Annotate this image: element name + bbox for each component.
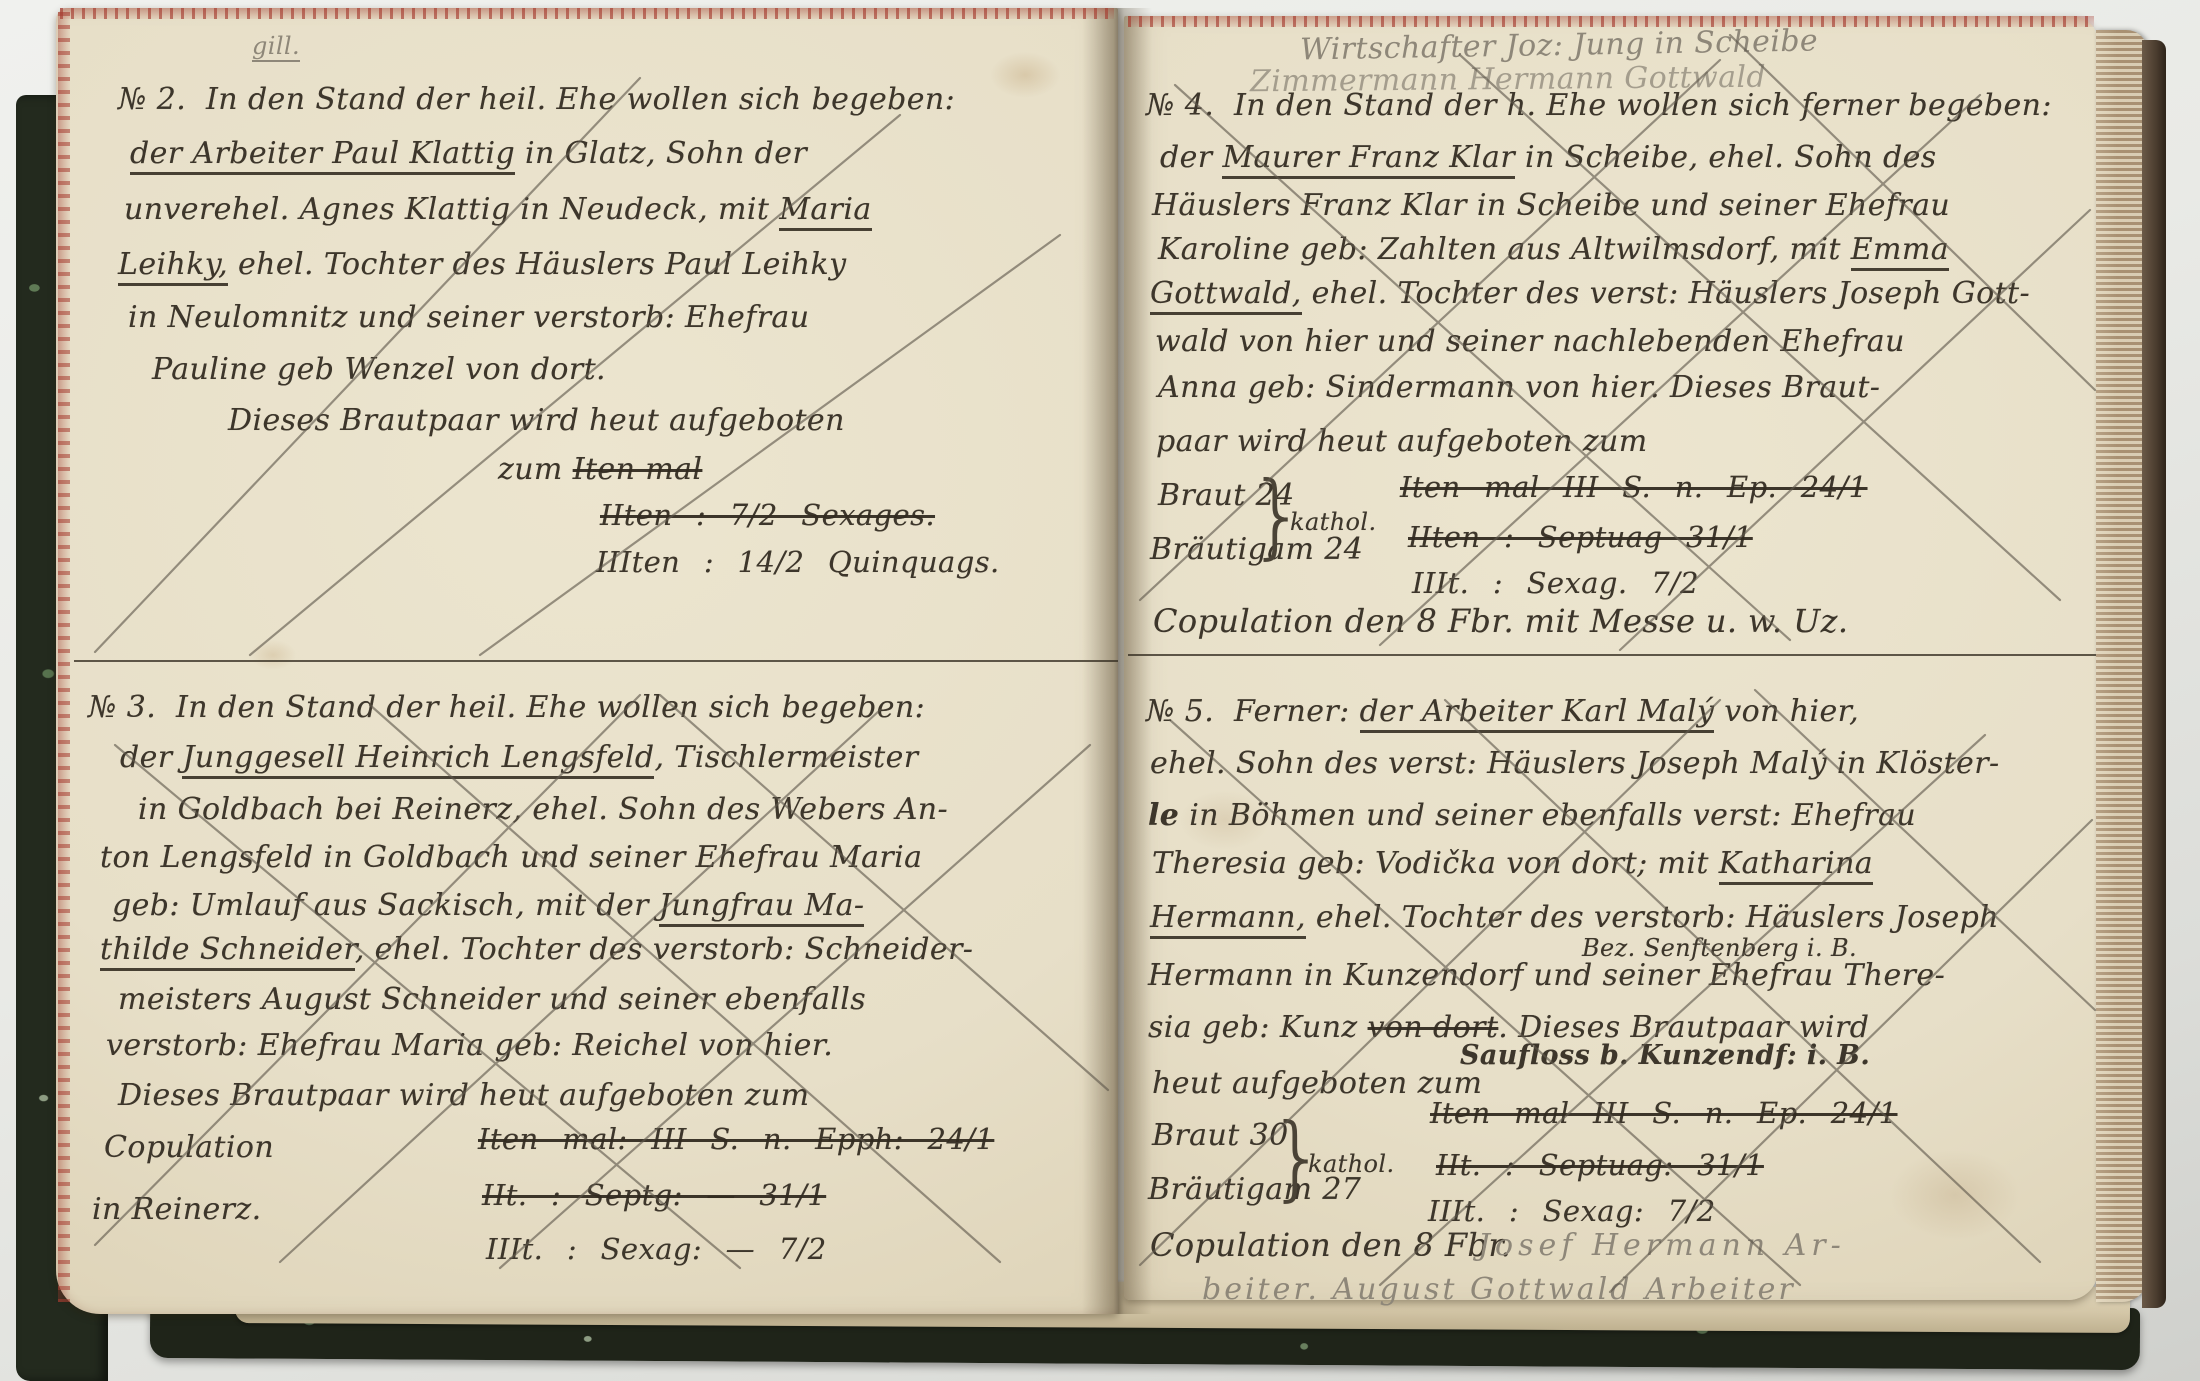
entry3-line4: ton Lengsfeld in Goldbach und seiner Ehe… [100,840,922,875]
entry4-line4: Karoline geb: Zahlten aus Altwilmsdorf, … [1158,232,1949,267]
cover-edge-right [2142,40,2166,1308]
entry5-insert-correction: Saufloss b. Kunzendf: i. B. [1460,1040,1870,1071]
entry5-line6: Hermann in Kunzendorf und seiner Ehefrau… [1148,958,1945,993]
entry2-line5: in Neulomnitz und seiner verstorb: Ehefr… [128,300,809,335]
pencil-witness-1: Josef Hermann Ar- [1478,1228,1846,1263]
entry4-line1-text: In den Stand der h. Ehe wollen sich fern… [1234,88,2052,123]
bride-name-underlined: Maria [779,192,871,231]
bride-name-underlined: Katharina [1719,846,1873,885]
entry4-line7: Anna geb: Sindermann von hier. Dieses Br… [1158,370,1880,405]
entry-divider-rule-left [74,660,1118,662]
entry4-number: № 4. [1146,88,1214,123]
entry3-line2-rest: , Tischlermeister [654,740,918,775]
entry4-line6: wald von hier und seiner nachlebenden Eh… [1155,324,1905,359]
entry5-religion: kathol. [1308,1150,1395,1178]
entry4-line5: Gottwald, ehel. Tochter des verst: Häusl… [1150,276,2030,311]
entry5-banns-row3: IIIt. : Sexag: 7/2 [1428,1194,1716,1228]
red-speckled-edge-left [58,12,70,1302]
entry4-line4-text: Karoline geb: Zahlten aus Altwilmsdorf, … [1158,232,1851,267]
entry3-banns-row3: IIIt. : Sexag: — 7/2 [486,1232,827,1266]
entry5-line3-overwritten: le [1148,798,1179,833]
entry2-banns-first-pre: zum [498,452,573,487]
groom-name-underlined: Junggesell Heinrich Lengsfeld [182,740,654,779]
entry4-line2-rest: in Scheibe, ehel. Sohn des [1515,140,1936,175]
entry3-copulation-place: in Reinerz. [92,1192,262,1227]
entry3-line2: der Junggesell Heinrich Lengsfeld, Tisch… [120,740,918,775]
entry2-line7: Dieses Brautpaar wird heut aufgeboten [228,403,845,438]
entry3-banns-row2-struck: IIt. : Septg: — 31/1 [482,1178,826,1212]
entry3-line9: Dieses Brautpaar wird heut aufgeboten zu… [118,1078,810,1113]
entry4-religion: kathol. [1290,508,1377,536]
entry5-line3-rest: in Böhmen und seiner ebenfalls verst: Eh… [1179,798,1916,833]
entry3-line1-text: In den Stand der heil. Ehe wollen sich b… [176,690,925,725]
entry5-line5: Hermann, ehel. Tochter des verstorb: Häu… [1150,900,1999,935]
entry5-line2: ehel. Sohn des verst: Häuslers Joseph Ma… [1150,746,2000,781]
entry3-number: № 3. [88,690,156,725]
entry4-line3: Häuslers Franz Klar in Scheibe und seine… [1152,188,1950,223]
entry5-line1-pre: Ferner: [1234,694,1360,729]
entry3-line1: № 3. In den Stand der heil. Ehe wollen s… [88,690,925,725]
entry3-line2-pre: der [120,740,182,775]
entry5-line1-rest: von hier, [1714,694,1859,729]
groom-name-underlined: der Arbeiter Karl Malý [1360,694,1715,733]
entry2-line2-rest: in Glatz, Sohn der [515,136,807,171]
entry5-line3: le in Böhmen und seiner ebenfalls verst:… [1148,798,1916,833]
entry4-line1: № 4. In den Stand der h. Ehe wollen sich… [1146,88,2052,123]
groom-name-underlined: der Arbeiter Paul Klattig [130,136,515,175]
bride-surname-underlined: Gottwald, [1150,276,1302,315]
entry5-line4-text: Theresia geb: Vodička von dort; mit [1152,846,1719,881]
entry2-line4-rest: ehel. Tochter des Häuslers Paul Leihky [228,247,846,282]
entry4-copulation: Copulation den 8 Fbr. mit Messe u. w. Uz… [1153,602,1848,640]
pencil-witness-2: beiter. August Gottwald Arbeiter [1202,1272,1796,1307]
entry2-number: № 2. [118,82,186,117]
scanned-register-spread: gill. № 2. In den Stand der heil. Ehe wo… [0,0,2200,1381]
entry5-line5-rest: ehel. Tochter des verstorb: Häuslers Jos… [1306,900,1999,935]
entry2-line3-text: unverehel. Agnes Klattig in Neudeck, mit [124,192,779,227]
entry3-line6-rest: , ehel. Tochter des verstorb: Schneider- [355,932,974,967]
groom-name-underlined: Maurer Franz Klar [1222,140,1515,179]
entry4-banns-row1-struck: Iten mal III S. n. Ep. 24/1 [1400,470,1868,504]
entry2-line4: Leihky, ehel. Tochter des Häuslers Paul … [118,247,846,282]
entry3-line5: geb: Umlauf aus Sackisch, mit der Jungfr… [112,888,864,923]
entry2-line1-text: In den Stand der heil. Ehe wollen sich b… [206,82,955,117]
entry3-line5-text: geb: Umlauf aus Sackisch, mit der [112,888,659,923]
entry5-line7-pre: sia geb: Kunz [1148,1010,1368,1045]
bride-name-underlined: Emma [1851,232,1949,271]
entry2-banns-first-struck: Iten mal [573,452,703,487]
entry4-banns-row2-struck: IIten : Septuag 31/1 [1408,520,1753,554]
red-speckled-edge-top-left [60,8,1114,19]
entry3-line7: meisters August Schneider und seiner ebe… [118,982,866,1017]
entry5-line1: № 5. Ferner: der Arbeiter Karl Malý von … [1146,694,1859,729]
entry4-line5-rest: ehel. Tochter des verst: Häuslers Joseph… [1302,276,2030,311]
entry3-line6: thilde Schneider, ehel. Tochter des vers… [100,932,973,967]
entry-divider-rule-right [1128,654,2096,656]
entry4-line8: paar wird heut aufgeboten zum [1156,424,1648,459]
entry2-banns-third: IIIten : 14/2 Quinquags. [596,545,1000,579]
entry2-line3: unverehel. Agnes Klattig in Neudeck, mit… [124,192,872,227]
entry2-line1: № 2. In den Stand der heil. Ehe wollen s… [118,82,955,117]
bride-surname-underlined: Leihky, [118,247,228,286]
entry3-banns-row1-struck: Iten mal: III S. n. Epph: 24/1 [478,1122,994,1156]
entry5-number: № 5. [1146,694,1214,729]
entry5-line4: Theresia geb: Vodička von dort; mit Kath… [1152,846,1873,881]
bride-surname-underlined: Hermann, [1150,900,1306,939]
entry2-line2: der Arbeiter Paul Klattig in Glatz, Sohn… [130,136,807,171]
entry2-banns-second-struck: IIten : 7/2 Sexages. [600,498,935,532]
entry5-banns-row1-struck: Iten mal III S. n. Ep. 24/1 [1430,1096,1898,1130]
fore-edge-page-stack [2096,30,2148,1302]
pencil-annotation: gill. [252,32,300,62]
entry4-line2: der Maurer Franz Klar in Scheibe, ehel. … [1160,140,1937,175]
entry2-line6: Pauline geb Wenzel von dort. [152,352,606,387]
bride-title-underlined: Jungfrau Ma- [659,888,865,927]
red-speckled-edge-top-right [1128,16,2094,27]
entry3-line3: in Goldbach bei Reinerz, ehel. Sohn des … [138,792,948,827]
entry2-banns-first: zum Iten mal [498,452,702,487]
entry5-copulation: Copulation den 8 Fbr. [1150,1226,1511,1264]
entry3-copulation-label: Copulation [104,1130,274,1165]
entry5-banns-row2-struck: IIt. : Septuag: 31/1 [1436,1148,1764,1182]
bride-name-underlined: thilde Schneider [100,932,355,971]
entry4-banns-row3: IIIt. : Sexag. 7/2 [1412,566,1699,600]
entry3-line8: verstorb: Ehefrau Maria geb: Reichel von… [106,1028,833,1063]
entry4-line2-pre: der [1160,140,1222,175]
